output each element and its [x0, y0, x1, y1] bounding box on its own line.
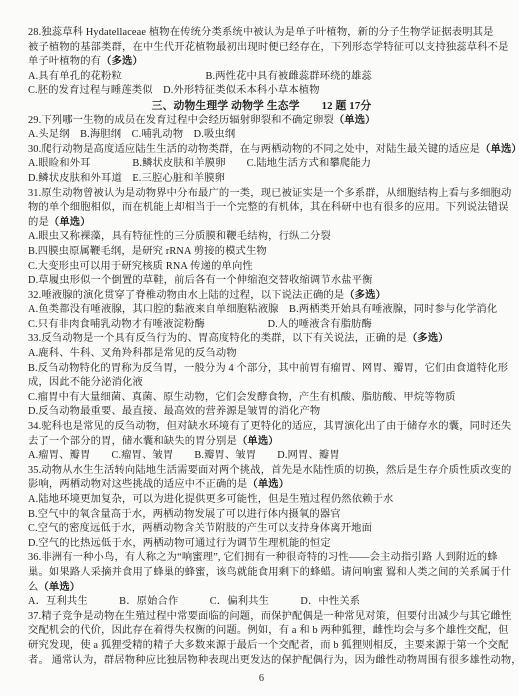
option-item: D.鳞状皮肤和外耳道: [28, 173, 122, 184]
text-line: 36.非洲有一种小鸟，有人称之为“响蜜理”, 它们拥有一种很奇特的习性——会主动…: [28, 551, 495, 566]
line-text: C.大变形虫可以用于研究核质 RNA 传递的单向性: [28, 261, 253, 272]
line-text: 的是: [28, 217, 49, 228]
option-gap: [88, 596, 119, 607]
options-line: D.鳞状皮肤和外耳道 E.三腔心脏和羊膜卵: [28, 172, 495, 187]
choice-type-marker: （单选）: [247, 479, 289, 490]
text-line: 35.动物从水生生活转向陆地生活需要面对两个挑战，首先是水陆性质的切换，然后是生…: [28, 464, 495, 479]
question-stem-line: 么（单选）: [28, 581, 495, 596]
option-item: C.哺乳动物: [132, 129, 184, 140]
line-text: 36.非洲有一种小鸟，有人称之为“响蜜理”, 它们拥有一种很奇特的习性——会主动…: [28, 552, 498, 563]
line-text: 研究发现，使 a 狐狸受精的精子大多数来源于最后一个交配者，而 b 狐狸则相反，…: [28, 640, 509, 651]
choice-type-marker: （单选）: [237, 436, 279, 447]
line-text: C.空气的密度远低于水，两栖动物含关节附肢的产生可以支持身体离开地面: [28, 523, 372, 534]
text-line: 31.原生动物曾被认为是动物界中分布最广的一类，现已被证实是一个多系群，从细胞结…: [28, 187, 495, 202]
line-text: 巢。如果路人采摘并食用了蜂巢的蜂蜜，该鸟就能食用剩下的蜂蜡。请问响蜜 鴷和人类之…: [28, 567, 511, 578]
option-gap: [205, 319, 268, 330]
question-stem-line: 去了一个部分的胃，储水囊和缺失的胃分别是（单选）: [28, 435, 495, 450]
line-text: 32.唾液腺的演化贯穿了脊椎动物由水上陆的过程，以下说法正确的是: [28, 290, 344, 301]
option-item: D.网胃、瓣胃: [277, 450, 340, 461]
line-text: D.草履虫形似一个倒置的草鞋，前后各有一个伸缩泡交替收缩调节水盐平衡: [28, 275, 373, 286]
option-gap: [269, 596, 300, 607]
option-item: A.鱼类都没有唾液腺，其口腔的黏液来自单细胞粘液腺: [28, 304, 279, 315]
question-stem-line: 影响，两栖动物对这些挑战的适应中不正确的是（单选）: [28, 478, 495, 493]
line-text: A.鹿科、牛科、叉角羚科都是常见的反刍动物: [28, 348, 237, 359]
text-line: B.反刍动物特化的胃称为反刍胃，一般分为 4 个部分，其中前胃有瘤胃、网胃、瓣胃…: [28, 362, 495, 377]
line-text: 31.原生动物曾被认为是动物界中分布最广的一类，现已被证实是一个多系群，从细胞结…: [28, 188, 511, 199]
section-score: 12 题 17分: [322, 100, 372, 112]
line-text: 28.独蕊草科 Hydatellaceae 植物在传统分类系统中被认为是单子叶植…: [28, 27, 494, 38]
line-text: 者。 通常认为，群居物种应比独居物种表现出更发达的保护配偶行为，因为雌性动物周围…: [28, 655, 519, 666]
option-item: B.鳞状皮肤和羊膜卵: [132, 158, 225, 169]
option-item: C.胚的发育过程与睡莲类似: [28, 85, 153, 96]
text-line: C.大变形虫可以用于研究核质 RNA 传递的单向性: [28, 260, 495, 275]
line-text: 么: [28, 582, 38, 593]
option-gap: [91, 450, 112, 461]
line-text: 37.精子竞争是动物在生殖过程中常要面临的问题，而保护配偶是一种常见对策，但要付…: [28, 611, 511, 622]
options-line: A.头足纲 B.海胆纲 C.哺乳动物 D.吸虫纲: [28, 128, 495, 143]
line-text: 交配机会的代价，因此存在着得失权衡的问题。例如，有 a 和 b 两种狐狸，雌性均…: [28, 625, 509, 636]
option-gap: [178, 596, 209, 607]
option-gap: [70, 129, 80, 140]
option-item: C.瘤胃、皱胃: [111, 450, 173, 461]
option-item: A.眼睑和外耳: [28, 158, 91, 169]
section-header: 三、动物生理学 动物学 生态学 12 题 17分: [28, 99, 495, 114]
text-line: 者。 通常认为，群居物种应比独居物种表现出更发达的保护配偶行为，因为雌性动物周围…: [28, 654, 495, 669]
choice-type-marker: （单选）: [334, 115, 376, 126]
options-line: A.眼睑和外耳 B.鳞状皮肤和羊膜卵 C.陆地生活方式和攀爬能力: [28, 157, 495, 172]
option-item: B．原始合作: [119, 596, 178, 607]
option-item: A.瘤胃、瓣胃: [28, 450, 91, 461]
options-line: C.胚的发育过程与睡莲类似 D.外形特征类似禾本科小草本植物: [28, 84, 495, 99]
line-text: 物的单个细胞相似，而在机能上却相当于一个完整的有机体，其在科研中也有很多的应用。…: [28, 202, 509, 213]
option-gap: [256, 450, 277, 461]
options-line: C.只有非肉食哺乳动物才有唾液淀粉酶 D.人的唾液含有脂肪酶: [28, 318, 495, 333]
line-text: 29.下列哪一生物的成员在发育过程中会经历辐射卵裂和不确定卵裂: [28, 115, 334, 126]
text-line: 研究发现，使 a 狐狸受精的精子大多数来源于最后一个交配者，而 b 狐狸则相反，…: [28, 639, 495, 654]
line-text: D.反刍动物最重要、最直接、最高效的营养源是皱胃的消化产物: [28, 406, 320, 417]
text-line: 被子植物的基部类群，在中生代开花植物最初出现时便已经存在，下列形态学特征可以支持…: [28, 41, 495, 56]
text-line: 成，因此不能分泌消化液: [28, 376, 495, 391]
question-stem-line: 32.唾液腺的演化贯穿了脊椎动物由水上陆的过程，以下说法正确的是（多选）: [28, 289, 495, 304]
option-item: C.只有非肉食哺乳动物才有唾液淀粉酶: [28, 319, 205, 330]
option-item: B.海胆纲: [80, 129, 121, 140]
line-text: B.反刍动物特化的胃称为反刍胃，一般分为 4 个部分，其中前胃有瘤胃、网胃、瓣胃…: [28, 363, 508, 374]
line-text: 影响，两栖动物对这些挑战的适应中不正确的是: [28, 479, 247, 490]
text-line: 巢。如果路人采摘并食用了蜂巢的蜂蜜，该鸟就能食用剩下的蜂蜡。请问响蜜 鴷和人类之…: [28, 566, 495, 581]
option-item: A.头足纲: [28, 129, 70, 140]
option-gap: [121, 129, 131, 140]
text-line: 物的单个细胞相似，而在机能上却相当于一个完整的有机体，其在科研中也有很多的应用。…: [28, 201, 495, 216]
option-gap: [153, 85, 163, 96]
text-line: B.空气中的氧含量高于水，两栖动物发展了可以进行体内摄氧的器官: [28, 508, 495, 523]
option-item: C.陆地生活方式和攀爬能力: [247, 158, 372, 169]
line-text: 34.驼科也是常见的反刍动物，但对缺水环境有了更特化的适应，其胃演化出了由于储存…: [28, 421, 511, 432]
option-item: D.人的唾液含有脂肪酶: [268, 319, 372, 330]
option-gap: [122, 71, 206, 82]
line-text: C.瘤胃中有大量细菌、真菌、原生动物，它们会发酵食物，产生有机酸、脂肪酸、甲烷等…: [28, 392, 456, 403]
option-item: D.外形特征类似禾本科小草本植物: [163, 85, 320, 96]
choice-type-marker: （多选）: [407, 333, 449, 344]
choice-type-marker: （多选）: [344, 290, 386, 301]
question-stem-line: 单子叶植物的有（多选）: [28, 55, 495, 70]
options-line: A.鱼类都没有唾液腺，其口腔的黏液来自单细胞粘液腺 B.两栖类开始具有唾液腺，同…: [28, 303, 495, 318]
option-item: D．中性关系: [300, 596, 360, 607]
text-line: A.眼虫又称裸藻，具有特征性的三分质膜和鞭毛结构，行纵二分裂: [28, 230, 495, 245]
text-line: C.空气的密度远低于水，两栖动物含关节附肢的产生可以支持身体离开地面: [28, 522, 495, 537]
line-text: 30.爬行动物是高度适应陆生生活的动物类群，在与两栖动物的不同之处中，对陆生最关…: [28, 144, 480, 155]
options-line: A.具有单孔的花粉粒 B.两性花中具有被雌蕊群环绕的雄蕊: [28, 70, 495, 85]
text-line: 37.精子竞争是动物在生殖过程中常要面临的问题，而保护配偶是一种常见对策，但要付…: [28, 610, 495, 625]
question-stem-line: 33.反刍动物是一个具有反刍行为的、胃高度特化的类群，以下有关说法，正确的是（多…: [28, 332, 495, 347]
document-lines: 28.独蕊草科 Hydatellaceae 植物在传统分类系统中被认为是单子叶植…: [28, 26, 495, 668]
options-line: A．互利共生 B．原始合作 C．偏利共生 D．中性关系: [28, 595, 495, 610]
line-text: 33.反刍动物是一个具有反刍行为的、胃高度特化的类群，以下有关说法，正确的是: [28, 333, 407, 344]
option-gap: [91, 158, 133, 169]
option-item: E.三腔心脏和羊膜卵: [132, 173, 225, 184]
text-line: D.草履虫形似一个倒置的草鞋，前后各有一个伸缩泡交替收缩调节水盐平衡: [28, 274, 495, 289]
section-gap: [300, 100, 322, 112]
line-text: A.陆地环境更加复杂，可以为进化提供更多可能性，但是生殖过程仍然依赖于水: [28, 494, 394, 505]
question-stem-line: 29.下列哪一生物的成员在发育过程中会经历辐射卵裂和不确定卵裂（单选）: [28, 114, 495, 129]
option-gap: [122, 173, 132, 184]
text-line: 28.独蕊草科 Hydatellaceae 植物在传统分类系统中被认为是单子叶植…: [28, 26, 495, 41]
option-gap: [173, 450, 194, 461]
option-item: B.两性花中具有被雌蕊群环绕的雄蕊: [205, 71, 371, 82]
text-line: D.反刍动物最重要、最直接、最高效的营养源是皱胃的消化产物: [28, 405, 495, 420]
option-gap: [279, 304, 289, 315]
option-item: C．偏利共生: [210, 596, 269, 607]
text-line: D.空气的比热远低于水，两栖动物可通过行为调节生理机能的恒定: [28, 537, 495, 552]
option-item: A.具有单孔的花粉粒: [28, 71, 122, 82]
page-number: 6: [28, 673, 495, 684]
text-line: A.鹿科、牛科、叉角羚科都是常见的反刍动物: [28, 347, 495, 362]
line-text: 35.动物从水生生活转向陆地生活需要面对两个挑战，首先是水陆性质的切换，然后是生…: [28, 465, 511, 476]
text-line: 34.驼科也是常见的反刍动物，但对缺水环境有了更特化的适应，其胃演化出了由于储存…: [28, 420, 495, 435]
options-line: A.瘤胃、瓣胃 C.瘤胃、皱胃 B.瓣胃、皱胃 D.网胃、瓣胃: [28, 449, 495, 464]
line-text: A.眼虫又称裸藻，具有特征性的三分质膜和鞭毛结构，行纵二分裂: [28, 231, 331, 242]
line-text: B.空气中的氧含量高于水，两栖动物发展了可以进行体内摄氧的器官: [28, 509, 341, 520]
text-line: B.四膜虫原属鞭毛纲，是研究 rRNA 剪接的模式生物: [28, 245, 495, 260]
option-item: A．互利共生: [28, 596, 88, 607]
line-text: D.空气的比热远低于水，两栖动物可通过行为调节生理机能的恒定: [28, 538, 331, 549]
option-item: D.吸虫纲: [194, 129, 236, 140]
line-text: 成，因此不能分泌消化液: [28, 377, 143, 388]
option-gap: [183, 129, 193, 140]
text-line: 交配机会的代价，因此存在着得失权衡的问题。例如，有 a 和 b 两种狐狸，雌性均…: [28, 624, 495, 639]
line-text: 去了一个部分的胃，储水囊和缺失的胃分别是: [28, 436, 237, 447]
line-text: 单子叶植物的有: [28, 56, 101, 67]
question-stem-line: 30.爬行动物是高度适应陆生生活的动物类群，在与两栖动物的不同之处中，对陆生最关…: [28, 143, 495, 158]
line-text: 被子植物的基部类群，在中生代开花植物最初出现时便已经存在，下列形态学特征可以支持…: [28, 42, 509, 53]
question-stem-line: 的是（单选）: [28, 216, 495, 231]
choice-type-marker: （多选）: [101, 56, 143, 67]
option-gap: [226, 158, 247, 169]
line-text: B.四膜虫原属鞭毛纲，是研究 rRNA 剪接的模式生物: [28, 246, 267, 257]
text-line: C.瘤胃中有大量细菌、真菌、原生动物，它们会发酵食物，产生有机酸、脂肪酸、甲烷等…: [28, 391, 495, 406]
section-title: 三、动物生理学 动物学 生态学: [152, 100, 300, 112]
option-item: B.瓣胃、皱胃: [194, 450, 256, 461]
option-item: B.两栖类开始具有唾液腺，同时参与化学消化: [289, 304, 497, 315]
choice-type-marker: （单选）: [49, 217, 91, 228]
choice-type-marker: （单选）: [38, 582, 80, 593]
choice-type-marker: （单选）: [480, 144, 519, 155]
text-line: A.陆地环境更加复杂，可以为进化提供更多可能性，但是生殖过程仍然依赖于水: [28, 493, 495, 508]
document-page: 28.独蕊草科 Hydatellaceae 植物在传统分类系统中被认为是单子叶植…: [0, 0, 519, 696]
